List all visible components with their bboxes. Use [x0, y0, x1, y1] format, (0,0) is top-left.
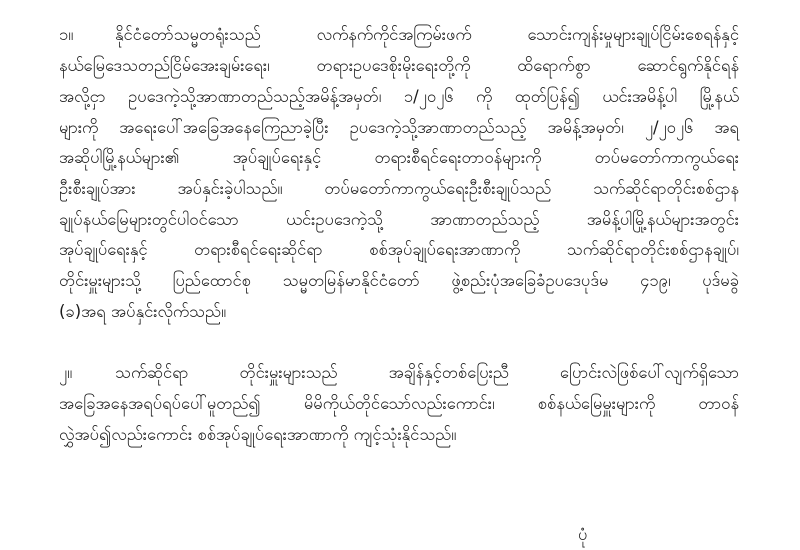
- paragraph-1-line-1: ၁။နိုင်ငံတော်သမ္မတရုံးသည် လက်နက်ကိုင်အကြ…: [59, 20, 739, 50]
- paragraph-1-line-3: အလို့ငှာ ဥပဒေကဲ့သို့အာဏာတည်သည့်အမိန့်အမှ…: [59, 82, 739, 112]
- paragraph-1-number: ၁။: [59, 20, 115, 50]
- paragraph-2-line-2: အခြေအနေအရပ်ရပ်ပေါ်မူတည်၍ မိမိကိုယ်တိုင်သ…: [59, 389, 739, 419]
- paragraph-2-line-1: ၂။သက်ဆိုင်ရာ တိုင်းမှူးများသည် အချိန်နှင…: [59, 358, 739, 388]
- document-page: ၁။နိုင်ငံတော်သမ္မတရုံးသည် လက်နက်ကိုင်အကြ…: [0, 0, 800, 550]
- paragraph-1-line-2: နယ်မြေဒေသတည်ငြိမ်အေးချမ်းရေး၊ တရားဥပဒေစိ…: [59, 51, 739, 81]
- paragraph-1-line-9: တိုင်းမှူးများသို့ ပြည်ထောင်စု သမ္မတမြန်…: [59, 266, 739, 296]
- paragraph-1-line-10: (ခ)အရ အပ်နှင်းလိုက်သည်။: [59, 297, 739, 327]
- paragraph-2-number: ၂။: [59, 358, 115, 388]
- paragraph-1-line-8: အုပ်ချုပ်ရေးနှင့် တရားစီရင်ရေးဆိုင်ရာ စစ…: [59, 235, 739, 265]
- paragraph-1-line-5: အဆိုပါမြို့နယ်များ၏ အုပ်ချုပ်ရေးနှင့် တရ…: [59, 143, 739, 173]
- paragraph-2-line-3: လွှဲအပ်၍လည်းကောင်း စစ်အုပ်ချုပ်ရေးအာဏာကိ…: [59, 420, 739, 450]
- signature-fragment: ပုံ: [578, 520, 587, 550]
- paragraph-1-line-4: များကို အရေးပေါ်အခြေအနေကြေညာခဲ့ပြီး ဥပဒေ…: [59, 113, 739, 143]
- paragraph-1-line-6: ဦးစီးချုပ်အား အပ်နှင်းခဲ့ပါသည်။ တပ်မတော်…: [59, 174, 739, 204]
- paragraph-1-line-7: ချုပ်နယ်မြေများတွင်ပါဝင်သော ယင်းဥပဒေကဲ့သ…: [59, 205, 739, 235]
- paragraph-1-text-1: နိုင်ငံတော်သမ္မတရုံးသည် လက်နက်ကိုင်အကြမ်…: [115, 25, 739, 44]
- paragraph-2-text-1: သက်ဆိုင်ရာ တိုင်းမှူးများသည် အချိန်နှင့်…: [115, 363, 739, 382]
